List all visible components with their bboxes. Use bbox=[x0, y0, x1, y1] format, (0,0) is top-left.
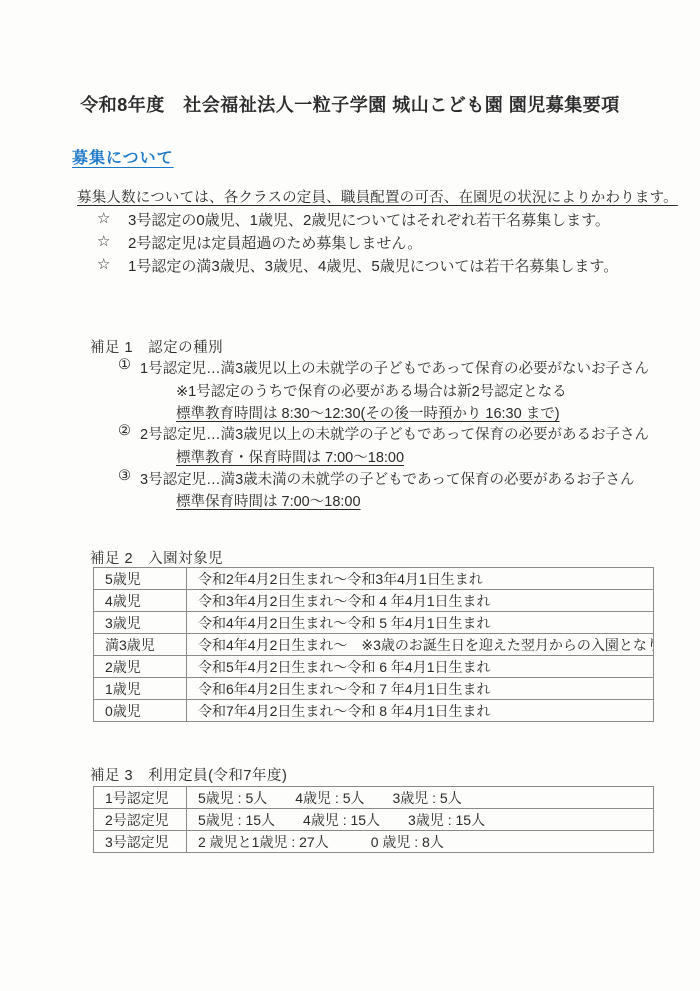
birthdate-range-cell: 令和6年4月2日生まれ～令和 7 年4月1日生まれ bbox=[187, 678, 654, 700]
eligible-children-table: 5歳児 令和2年4月2日生まれ～令和3年4月1日生まれ 4歳児 令和3年4月2日… bbox=[93, 567, 654, 722]
circled-number-icon: ① bbox=[118, 357, 140, 378]
circled-number-icon: ② bbox=[118, 423, 140, 444]
capacity-cell: 5歳児 : 5人 4歳児 : 5人 3歳児 : 5人 bbox=[187, 787, 654, 809]
birthdate-range-cell: 令和7年4月2日生まれ～令和 8 年4月1日生まれ bbox=[187, 700, 654, 722]
table-row: 1号認定児 5歳児 : 5人 4歳児 : 5人 3歳児 : 5人 bbox=[94, 787, 654, 809]
cert-class-cell: 2号認定児 bbox=[94, 809, 187, 831]
table-row: 5歳児 令和2年4月2日生まれ～令和3年4月1日生まれ bbox=[94, 568, 654, 590]
cert-type-text: 2号認定児…満3歳児以上の未就学の子どもであって保育の必要があるお子さん bbox=[140, 423, 649, 444]
star-icon: ☆ bbox=[97, 209, 128, 230]
recruit-bullet: ☆ 1号認定の満3歳児、3歳児、4歳児、5歳児については若干名募集します。 bbox=[97, 255, 618, 276]
capacity-cell: 2 歳児と1歳児 : 27人 0 歳児 : 8人 bbox=[187, 831, 654, 853]
supplement1-heading: 補足 1 認定の種別 bbox=[90, 336, 223, 357]
supplement2-heading: 補足 2 入園対象児 bbox=[90, 547, 223, 568]
birthdate-range-cell: 令和2年4月2日生まれ～令和3年4月1日生まれ bbox=[187, 568, 654, 590]
birthdate-range-cell: 令和4年4月2日生まれ～令和 5 年4月1日生まれ bbox=[187, 612, 654, 634]
table-row: 1歳児 令和6年4月2日生まれ～令和 7 年4月1日生まれ bbox=[94, 678, 654, 700]
cert-class-cell: 3号認定児 bbox=[94, 831, 187, 853]
star-icon: ☆ bbox=[97, 232, 128, 253]
cert-type-hours: 標準教育・保育時間は 7:00～18:00 bbox=[176, 446, 404, 467]
birthdate-range-cell: 令和3年4月2日生まれ～令和 4 年4月1日生まれ bbox=[187, 590, 654, 612]
recruit-bullet: ☆ 3号認定の0歳児、1歳児、2歳児についてはそれぞれ若干名募集します。 bbox=[97, 209, 610, 230]
birthdate-range-cell: 令和5年4月2日生まれ～令和 6 年4月1日生まれ bbox=[187, 656, 654, 678]
cert-type-text: 3号認定児…満3歳未満の未就学の子どもであって保育の必要があるお子さん bbox=[140, 468, 634, 489]
bullet-text: 2号認定児は定員超過のため募集しません。 bbox=[128, 232, 422, 253]
document-page: 令和8年度 社会福祉法人一粒子学園 城山こども園 園児募集要項 募集について 募… bbox=[0, 0, 700, 991]
cert-class-cell: 1号認定児 bbox=[94, 787, 187, 809]
circled-number-icon: ③ bbox=[118, 468, 140, 489]
cert-type-note: ※1号認定のうちで保育の必要がある場合は新2号認定となる bbox=[176, 380, 567, 401]
age-class-cell: 0歳児 bbox=[94, 700, 187, 722]
table-row: 満3歳児 令和4年4月2日生まれ～ ※3歳のお誕生日を迎えた翌月からの入園となり… bbox=[94, 634, 654, 656]
capacity-cell: 5歳児 : 15人 4歳児 : 15人 3歳児 : 15人 bbox=[187, 809, 654, 831]
cert-type-item: ③ 3号認定児…満3歳未満の未就学の子どもであって保育の必要があるお子さん bbox=[118, 468, 634, 489]
age-class-cell: 4歳児 bbox=[94, 590, 187, 612]
cert-type-item: ② 2号認定児…満3歳児以上の未就学の子どもであって保育の必要があるお子さん bbox=[118, 423, 649, 444]
cert-type-hours: 標準保育時間は 7:00～18:00 bbox=[176, 490, 361, 511]
bullet-text: 3号認定の0歳児、1歳児、2歳児についてはそれぞれ若干名募集します。 bbox=[128, 209, 610, 230]
age-class-cell: 2歳児 bbox=[94, 656, 187, 678]
table-row: 0歳児 令和7年4月2日生まれ～令和 8 年4月1日生まれ bbox=[94, 700, 654, 722]
age-class-cell: 1歳児 bbox=[94, 678, 187, 700]
table-row: 3歳児 令和4年4月2日生まれ～令和 5 年4月1日生まれ bbox=[94, 612, 654, 634]
cert-type-text: 1号認定児…満3歳児以上の未就学の子どもであって保育の必要がないお子さん bbox=[140, 357, 649, 378]
age-class-cell: 満3歳児 bbox=[94, 634, 187, 656]
age-class-cell: 3歳児 bbox=[94, 612, 187, 634]
recruit-intro-text: 募集人数については、各クラスの定員、職員配置の可否、在園児の状況によりかわります… bbox=[77, 186, 678, 207]
table-row: 2号認定児 5歳児 : 15人 4歳児 : 15人 3歳児 : 15人 bbox=[94, 809, 654, 831]
recruit-bullet: ☆ 2号認定児は定員超過のため募集しません。 bbox=[97, 232, 422, 253]
table-row: 2歳児 令和5年4月2日生まれ～令和 6 年4月1日生まれ bbox=[94, 656, 654, 678]
supplement3-heading: 補足 3 利用定員(令和7年度) bbox=[90, 764, 287, 785]
cert-type-hours: 標準教育時間は 8:30～12:30(その後一時預かり 16:30 まで) bbox=[176, 402, 560, 423]
table-row: 4歳児 令和3年4月2日生まれ～令和 4 年4月1日生まれ bbox=[94, 590, 654, 612]
capacity-table: 1号認定児 5歳児 : 5人 4歳児 : 5人 3歳児 : 5人 2号認定児 5… bbox=[93, 786, 654, 853]
age-class-cell: 5歳児 bbox=[94, 568, 187, 590]
document-title: 令和8年度 社会福祉法人一粒子学園 城山こども園 園児募集要項 bbox=[0, 91, 700, 117]
cert-type-item: ① 1号認定児…満3歳児以上の未就学の子どもであって保育の必要がないお子さん bbox=[118, 357, 649, 378]
bullet-text: 1号認定の満3歳児、3歳児、4歳児、5歳児については若干名募集します。 bbox=[128, 255, 618, 276]
table-row: 3号認定児 2 歳児と1歳児 : 27人 0 歳児 : 8人 bbox=[94, 831, 654, 853]
recruit-section-heading: 募集について bbox=[72, 145, 174, 168]
birthdate-range-cell: 令和4年4月2日生まれ～ ※3歳のお誕生日を迎えた翌月からの入園となります。 bbox=[187, 634, 654, 656]
star-icon: ☆ bbox=[97, 255, 128, 276]
